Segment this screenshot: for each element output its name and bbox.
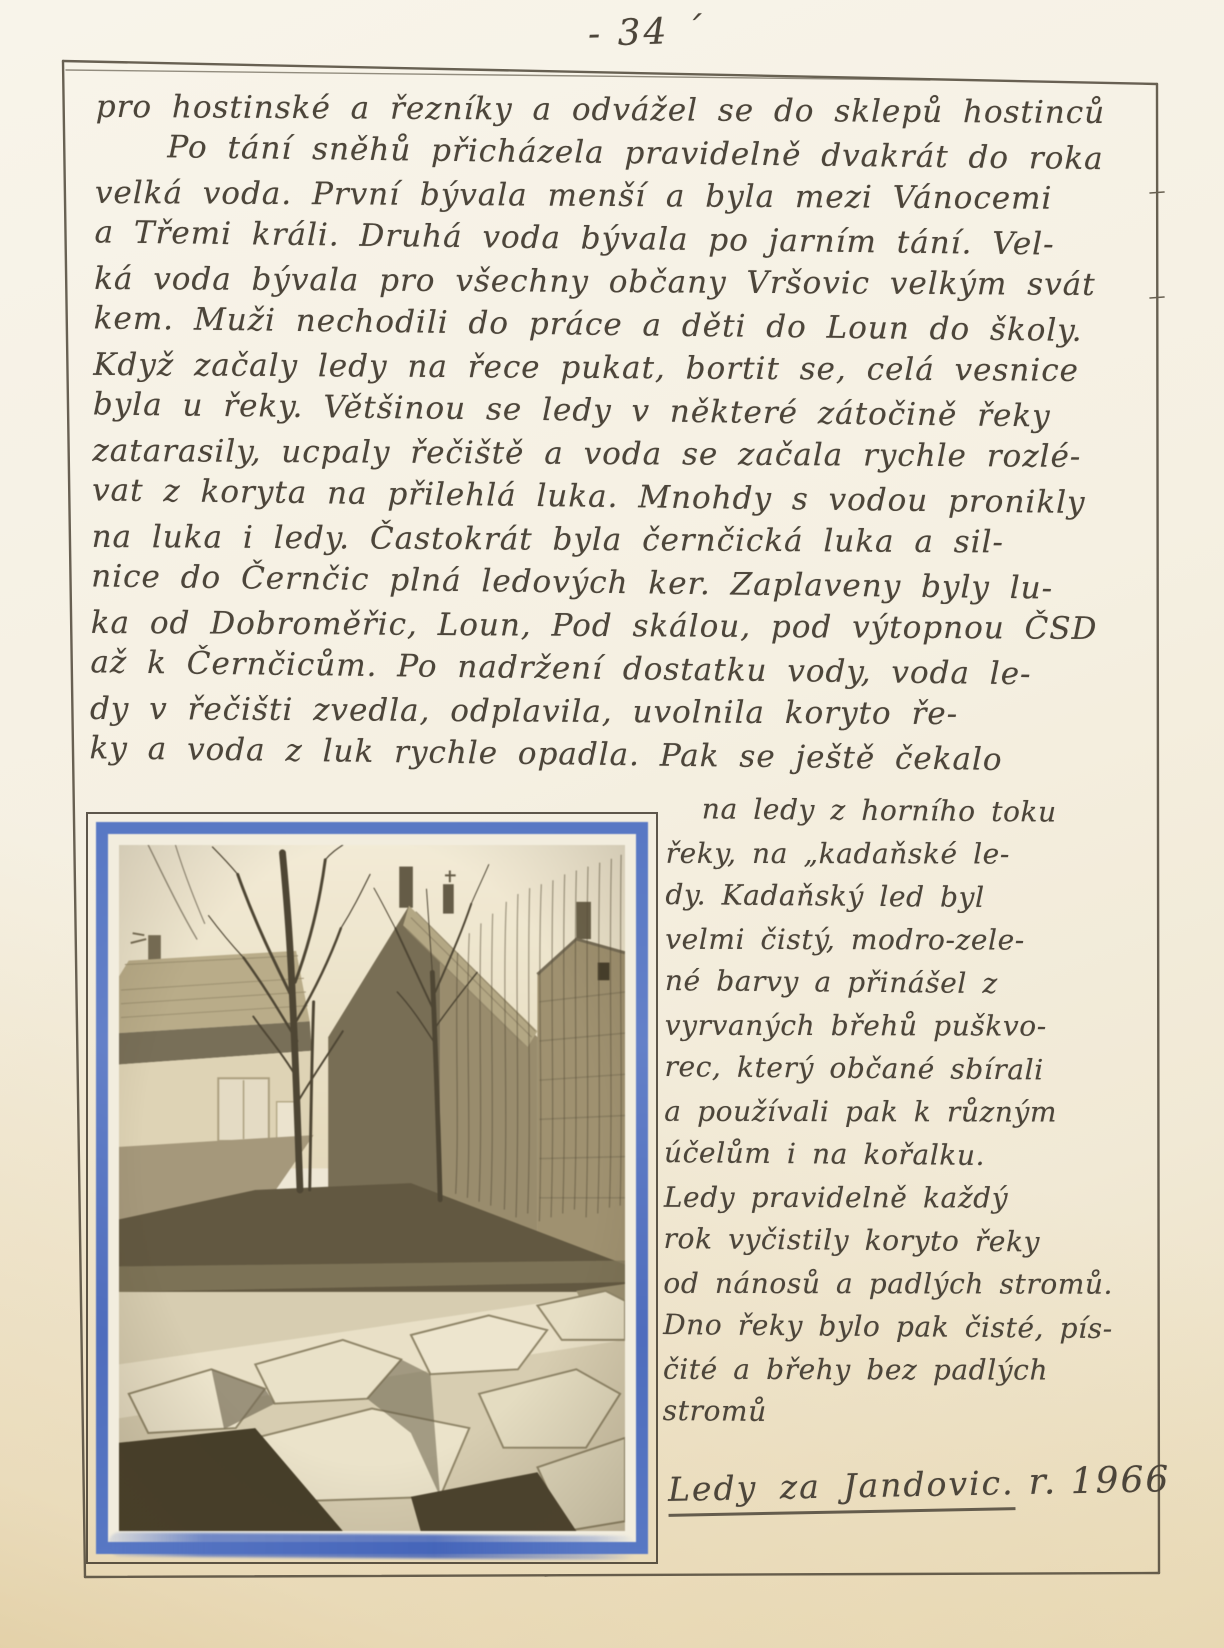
manuscript-line: čité a břehy bez padlých — [663, 1348, 1163, 1392]
side-paragraph: na ledy z horního tokuřeky, na „kadaňské… — [663, 788, 1166, 1436]
manuscript-line: stromů — [663, 1389, 1163, 1437]
manuscript-line: a používali pak k různým — [664, 1090, 1164, 1134]
main-paragraph: pro hostinské a řezníky a odvážel se do … — [89, 84, 1154, 782]
photo-ice-floes-village — [119, 845, 625, 1531]
manuscript-line: vyrvaných břehů puškvo- — [665, 1004, 1165, 1048]
photo-caption-title: Ledy za Jandovic. — [668, 1463, 1015, 1517]
manuscript-line: Dno řeky bylo pak čisté, pís- — [663, 1303, 1163, 1351]
photo-vignette — [119, 845, 625, 1531]
frame-tick-mark — [545, 1575, 560, 1576]
frame-left-line — [63, 61, 85, 1577]
photo-paper-margin — [108, 834, 636, 1542]
manuscript-line: rok vyčistily koryto řeky — [663, 1217, 1163, 1265]
photo-blue-crayon-border — [96, 822, 648, 1554]
chronicle-page-scan: { "page_header": { "page_number": "- 34 … — [0, 0, 1224, 1648]
manuscript-line: Ledy pravidelně každý — [664, 1176, 1164, 1220]
manuscript-line: dy. Kadaňský led byl — [665, 873, 1165, 921]
photo-caption-year: r. 1966 — [1028, 1459, 1171, 1503]
manuscript-line: na ledy z horního toku — [666, 787, 1166, 835]
manuscript-line: rec, který občané sbírali — [664, 1045, 1164, 1093]
frame-bottom-line — [85, 1573, 1159, 1577]
manuscript-line: od nánosů a padlých stromů. — [663, 1262, 1163, 1306]
photo-ink-outline — [86, 812, 658, 1564]
manuscript-line: účelům i na kořalku. — [664, 1131, 1164, 1179]
manuscript-line: řeky, na „kadaňské le- — [666, 832, 1166, 876]
frame-tick-mark — [1150, 297, 1164, 298]
manuscript-line: né barvy a přinášel z — [665, 959, 1165, 1007]
blue-crayon-smear — [108, 1532, 636, 1560]
frame-top-double-line — [66, 70, 930, 80]
manuscript-line: velmi čistý, modro-zele- — [665, 918, 1165, 962]
